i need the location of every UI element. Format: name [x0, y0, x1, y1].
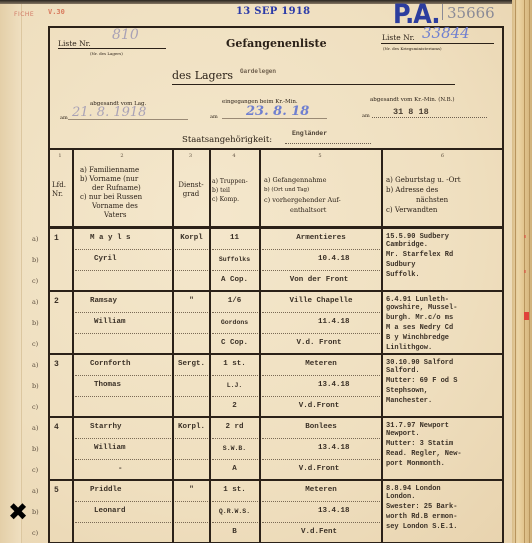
nationality-value: Engländer [292, 130, 327, 137]
relative-address-line: Linlithgow. [386, 344, 432, 353]
relative-address-line: Read. Regler, New- [386, 450, 462, 459]
relative-address-line: Manchester. [386, 397, 432, 406]
capture-date: 13.4.18 [318, 381, 350, 390]
capture-date: 13.4.18 [318, 444, 350, 453]
liste-nr-right-label: Liste Nr. [382, 33, 415, 42]
relative-address-line: Suffolk. [386, 271, 420, 280]
surname: Priddle [90, 486, 122, 495]
row-label-a: a) [32, 424, 38, 432]
surname: M a y l s [90, 234, 131, 243]
forename: Thomas [94, 381, 121, 390]
capture-place: Armentieres [266, 234, 376, 243]
rank: " [174, 486, 209, 495]
entry-number: 2 [54, 297, 59, 306]
company: C Cop. [210, 339, 259, 348]
row-label-a: a) [32, 235, 38, 243]
relative-address-line: London. [386, 493, 415, 502]
capture-date: 10.4.18 [318, 255, 350, 264]
entry-number: 1 [54, 234, 59, 243]
relative-address-line: Sudbury [386, 261, 415, 270]
relative-address-line: Salford. [386, 367, 420, 376]
fiche-label: FICHE [14, 11, 34, 18]
rank: Korpl. [174, 423, 209, 432]
relative-address-line: sey London S.E.1. [386, 523, 457, 532]
surname: Ramsay [90, 297, 117, 306]
previous-stay: V.d.Front [264, 465, 374, 474]
unit-number: 1/6 [210, 297, 259, 306]
liste-nr-right-caption: (Nr. des Kriegsministeriums) [383, 46, 442, 51]
father-name: - [118, 465, 123, 474]
unit-number: 11 [210, 234, 259, 243]
forename: William [94, 444, 126, 453]
liste-nr-right-value: 33844 [422, 24, 470, 42]
unit-name: Gordons [210, 318, 259, 327]
rank: " [174, 297, 209, 306]
forename: Cyril [94, 255, 117, 264]
rank: Korpl [174, 234, 209, 243]
relative-address-line: port Monmonth. [386, 460, 445, 469]
entry-number: 5 [54, 486, 59, 495]
row-label-c: c) [32, 277, 38, 285]
relative-address-line: worth Rd.B ermon- [386, 513, 457, 522]
col-header-unit: a) Truppen-b) teilc) Komp. [212, 177, 248, 204]
relative-address-line: Swester: 25 Bark- [386, 503, 457, 512]
previous-stay: V.d.Front [264, 402, 374, 411]
relative-address-line: Cambridge. [386, 241, 428, 250]
sent-date-value: 21. 8. 1918 [72, 105, 146, 120]
row-label-c: c) [32, 340, 38, 348]
sent-min-date-value: 31 8 18 [393, 107, 429, 117]
row-label-b: b) [32, 508, 39, 516]
previous-stay: V.d. Front [264, 339, 374, 348]
relative-address-line: burgh. Mr.c/o ms [386, 314, 453, 323]
capture-place: Bonlees [266, 423, 376, 432]
row-label-b: b) [32, 445, 39, 453]
unit-number: 1 st. [210, 360, 259, 369]
margin-x-mark: ✖ [8, 498, 28, 526]
company: 2 [210, 402, 259, 411]
row-label-a: a) [32, 487, 38, 495]
company: B [210, 528, 259, 537]
capture-place: Ville Chapelle [266, 297, 376, 306]
row-label-c: c) [32, 529, 38, 537]
previous-stay: Von der Front [264, 276, 374, 285]
forename: William [94, 318, 126, 327]
sent-min-prefix: am [362, 113, 370, 119]
lager-label: des Lagers [172, 69, 233, 82]
relative-address-line: gowshire, Mussel- [386, 304, 457, 313]
entry-number: 4 [54, 423, 59, 432]
company: A Cop. [210, 276, 259, 285]
row-label-a: a) [32, 361, 38, 369]
relative-address-line: Mutter: 69 F od S [386, 377, 457, 386]
surname: Starrhy [90, 423, 122, 432]
fiche-code: V.30 [48, 8, 65, 16]
received-prefix: am [210, 114, 218, 120]
relative-address-line: Stephsown, [386, 387, 428, 396]
row-label-c: c) [32, 466, 38, 474]
row-label-b: b) [32, 256, 39, 264]
unit-number: 2 rd [210, 423, 259, 432]
liste-nr-label: Liste Nr. [58, 39, 91, 48]
sent-prefix: am [60, 115, 68, 121]
pa-number-stamp: 35666 [447, 4, 495, 22]
binder-edge [512, 0, 532, 543]
unit-name: L.J. [210, 381, 259, 390]
relative-address-line: B y Winchbredge [386, 334, 449, 343]
col-header-birth: a) Geburtstag u. -Ort b) Adresse des näc… [386, 175, 461, 215]
relative-address-line: M a ses Nedry Cd [386, 324, 453, 333]
document-title: Gefangenenliste [226, 37, 327, 50]
company: A [210, 465, 259, 474]
row-label-a: a) [32, 298, 38, 306]
prisoner-table: 1 2 3 4 5 6 Lfd.Nr. a) Familienname b) V… [48, 150, 504, 543]
liste-nr-caption: (Nr. des Lagers) [90, 51, 123, 56]
unit-number: 1 st. [210, 486, 259, 495]
unit-name: S.W.B. [210, 444, 259, 453]
liste-nr-value: 810 [112, 27, 139, 43]
col-header-nr: Lfd.Nr. [52, 181, 66, 199]
surname: Cornforth [90, 360, 131, 369]
unit-name: Q.R.W.S. [210, 507, 259, 516]
capture-date: 13.4.18 [318, 507, 350, 516]
col-header-name: a) Familienname b) Vorname (nur der Rufn… [80, 166, 142, 220]
col-header-capture: a) Gefangennahme b) (Ort und Tag) c) vor… [264, 175, 341, 215]
entry-number: 3 [54, 360, 59, 369]
lager-value: Gardelegen [240, 68, 276, 75]
col-header-rank: Dienst-grad [175, 181, 207, 199]
received-date-value: 23. 8. 18 [246, 104, 309, 119]
unit-name: Suffolks [210, 255, 259, 264]
forename: Leonard [94, 507, 126, 516]
relative-address-line: Newport. [386, 430, 420, 439]
rank: Sergt. [174, 360, 209, 369]
row-label-b: b) [32, 319, 39, 327]
row-label-c: c) [32, 403, 38, 411]
sent-min-label: abgesandt vom Kr.-Min. (N.B.) [370, 97, 455, 103]
row-label-b: b) [32, 382, 39, 390]
page-left-fold [0, 4, 22, 543]
previous-stay: V.d.Fent [264, 528, 374, 537]
relative-address-line: Mr. Starfelex Rd [386, 251, 453, 260]
capture-place: Meteren [266, 360, 376, 369]
capture-place: Meteren [266, 486, 376, 495]
capture-date: 11.4.18 [318, 318, 350, 327]
relative-address-line: Mutter: 3 Statim [386, 440, 453, 449]
received-date-stamp: 13 SEP 1918 [236, 6, 310, 17]
nationality-label: Staatsangehörigkeit: [182, 135, 272, 145]
red-tab-mark [524, 312, 529, 320]
